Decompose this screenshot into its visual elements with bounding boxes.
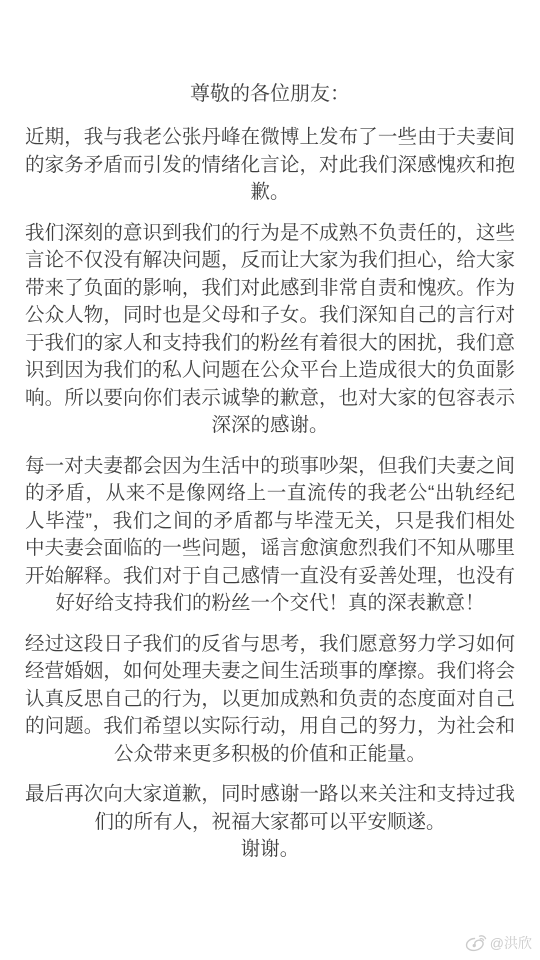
weibo-watermark: @洪欣 (465, 934, 532, 952)
apology-statement-page: 尊敬的各位朋友： 近期，我与我老公张丹峰在微博上发布了一些由于夫妻间的家务矛盾而… (0, 0, 540, 960)
weibo-logo-icon (465, 934, 487, 952)
paragraph-rumor-denial: 每一对夫妻都会因为生活中的琐事吵架，但我们夫妻之间的矛盾，从来不是像网络上一直流… (25, 453, 515, 618)
paragraph-intro: 近期，我与我老公张丹峰在微博上发布了一些由于夫妻间的家务矛盾而引发的情绪化言论，… (25, 124, 515, 207)
paragraph-commitment: 经过这段日子我们的反省与思考，我们愿意努力学习如何经营婚姻，如何处理夫妻之间生活… (25, 631, 515, 769)
salutation-heading: 尊敬的各位朋友： (25, 80, 515, 108)
paragraph-final-apology: 最后再次向大家道歉，同时感谢一路以来关注和支持过我们的所有人，祝福大家都可以平安… (25, 781, 515, 836)
closing-thanks: 谢谢。 (25, 836, 515, 864)
paragraph-reflection: 我们深刻的意识到我们的行为是不成熟不负责任的，这些言论不仅没有解决问题，反而让大… (25, 220, 515, 440)
watermark-handle: @洪欣 (490, 935, 532, 951)
